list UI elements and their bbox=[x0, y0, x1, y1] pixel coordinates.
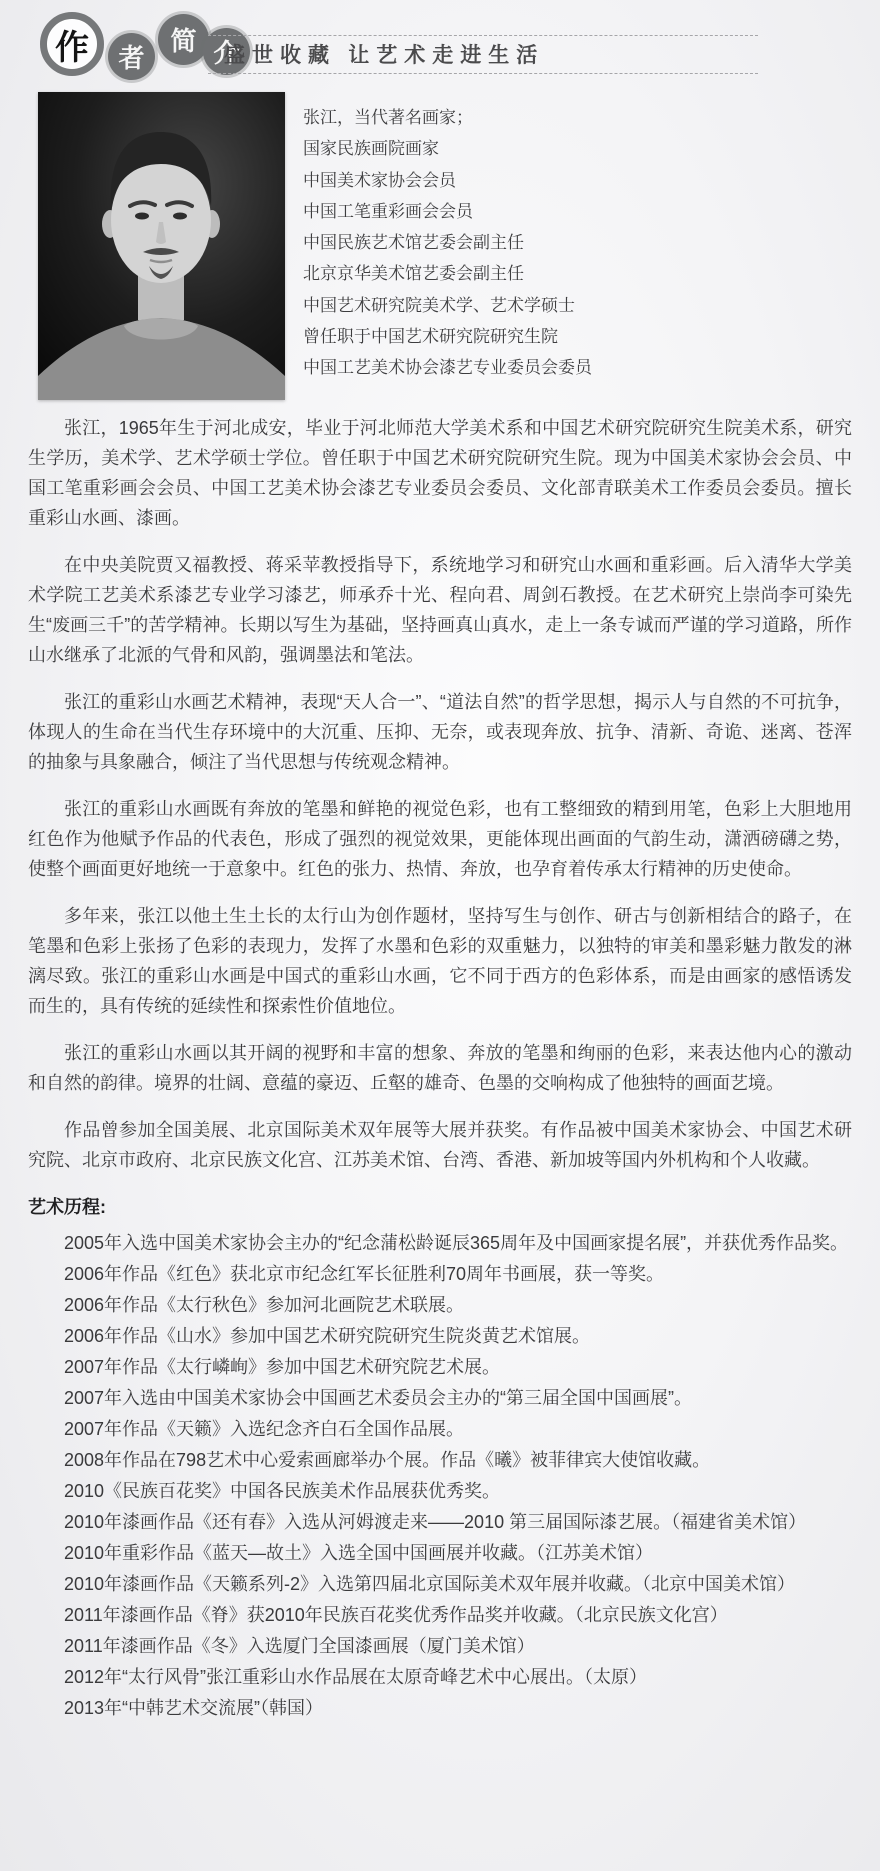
timeline-entry: 2011年漆画作品《脊》获2010年民族百花奖优秀作品奖并收藏。（北京民族文化宫… bbox=[28, 1600, 852, 1631]
timeline-entry: 2006年作品《太行秋色》参加河北画院艺术联展。 bbox=[28, 1290, 852, 1321]
timeline-entry: 2005年入选中国美术家协会主办的“纪念蒲松龄诞辰365周年及中国画家提名展”，… bbox=[28, 1228, 852, 1259]
credentials-list: 张江，当代著名画家； 国家民族画院画家 中国美术家协会会员 中国工笔重彩画会会员… bbox=[303, 102, 843, 384]
bio-paragraph: 张江，1965年生于河北成安，毕业于河北师范大学美术系和中国艺术研究院研究生院美… bbox=[28, 413, 852, 533]
credential-line: 中国艺术研究院美术学、艺术学硕士 bbox=[303, 290, 843, 321]
timeline-entry: 2010年漆画作品《天籁系列-2》入选第四届北京国际美术双年展并收藏。（北京中国… bbox=[28, 1569, 852, 1600]
timeline-entry: 2007年作品《天籁》入选纪念齐白石全国作品展。 bbox=[28, 1414, 852, 1445]
timeline-entry: 2006年作品《红色》获北京市纪念红军长征胜利70周年书画展，获一等奖。 bbox=[28, 1259, 852, 1290]
header: 作 者 简 介 盛世收藏 让艺术走进生活 bbox=[0, 0, 880, 90]
bio-paragraph: 在中央美院贾又福教授、蒋采苹教授指导下，系统地学习和研究山水画和重彩画。后入清华… bbox=[28, 550, 852, 670]
seal-jian-icon: 简 bbox=[158, 14, 209, 65]
credential-line: 曾任职于中国艺术研究院研究生院 bbox=[303, 321, 843, 352]
bio-paragraph: 作品曾参加全国美展、北京国际美术双年展等大展并获奖。有作品被中国美术家协会、中国… bbox=[28, 1115, 852, 1175]
seal-zhe-icon: 者 bbox=[108, 33, 155, 80]
page: 作 者 简 介 盛世收藏 让艺术走进生活 bbox=[0, 0, 880, 1871]
timeline-entry: 2012年“太行风骨”张江重彩山水作品展在太原奇峰艺术中心展出。（太原） bbox=[28, 1662, 852, 1693]
timeline-entry: 2013年“中韩艺术交流展”（韩国） bbox=[28, 1693, 852, 1724]
timeline-entry: 2007年作品《太行嶙峋》参加中国艺术研究院艺术展。 bbox=[28, 1352, 852, 1383]
bio-paragraph: 张江的重彩山水画艺术精神，表现“天人合一”、“道法自然”的哲学思想，揭示人与自然… bbox=[28, 687, 852, 777]
bio-paragraph: 张江的重彩山水画以其开阔的视野和丰富的想象、奔放的笔墨和绚丽的色彩，来表达他内心… bbox=[28, 1038, 852, 1098]
credential-line: 张江，当代著名画家； bbox=[303, 102, 843, 133]
credential-line: 中国工艺美术协会漆艺专业委员会委员 bbox=[303, 352, 843, 383]
timeline-entry: 2011年漆画作品《冬》入选厦门全国漆画展（厦门美术馆） bbox=[28, 1631, 852, 1662]
credential-line: 中国民族艺术馆艺委会副主任 bbox=[303, 227, 843, 258]
slogan-divider: 盛世收藏 让艺术走进生活 bbox=[208, 35, 758, 74]
bio-paragraph: 张江的重彩山水画既有奔放的笔墨和鲜艳的视觉色彩，也有工整细致的精到用笔，色彩上大… bbox=[28, 794, 852, 884]
timeline-entry: 2010年漆画作品《还有春》入选从河姆渡走来——2010 第三届国际漆艺展。（福… bbox=[28, 1507, 852, 1538]
article-body: 张江，1965年生于河北成安，毕业于河北师范大学美术系和中国艺术研究院研究生院美… bbox=[28, 413, 852, 1724]
artist-photo bbox=[38, 92, 285, 400]
timeline-entry: 2007年入选由中国美术家协会中国画艺术委员会主办的“第三届全国中国画展”。 bbox=[28, 1383, 852, 1414]
credential-line: 中国美术家协会会员 bbox=[303, 165, 843, 196]
credential-line: 国家民族画院画家 bbox=[303, 133, 843, 164]
timeline-heading: 艺术历程: bbox=[28, 1192, 852, 1222]
header-slogan: 盛世收藏 让艺术走进生活 bbox=[224, 39, 758, 69]
bio-paragraph: 多年来，张江以他土生土长的太行山为创作题材，坚持写生与创作、研古与创新相结合的路… bbox=[28, 901, 852, 1021]
timeline-entry: 2010年重彩作品《蓝天—故土》入选全国中国画展并收藏。（江苏美术馆） bbox=[28, 1538, 852, 1569]
seal-zuo-icon: 作 bbox=[40, 12, 104, 76]
artist-photo-illustration bbox=[38, 92, 285, 400]
timeline-entry: 2010《民族百花奖》中国各民族美术作品展获优秀奖。 bbox=[28, 1476, 852, 1507]
credential-line: 北京京华美术馆艺委会副主任 bbox=[303, 258, 843, 289]
timeline-entry: 2008年作品在798艺术中心爱索画廊举办个展。作品《曦》被菲律宾大使馆收藏。 bbox=[28, 1445, 852, 1476]
credential-line: 中国工笔重彩画会会员 bbox=[303, 196, 843, 227]
timeline-entry: 2006年作品《山水》参加中国艺术研究院研究生院炎黄艺术馆展。 bbox=[28, 1321, 852, 1352]
